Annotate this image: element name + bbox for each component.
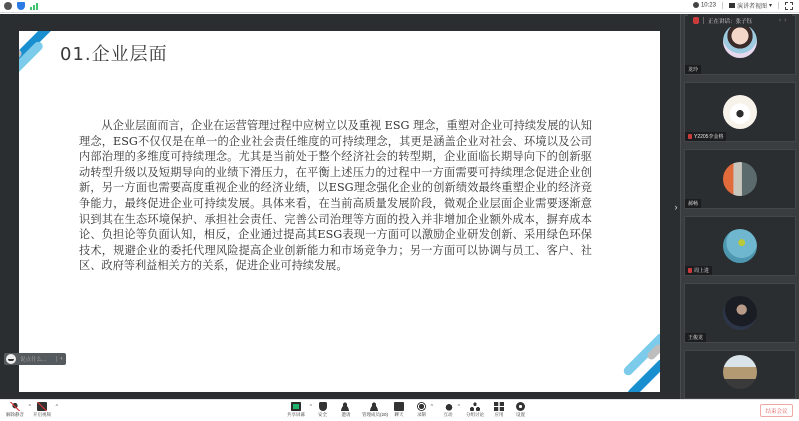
mic-muted-icon (693, 17, 699, 24)
view-mode-button[interactable]: 演讲者视图 ▾ (729, 1, 772, 10)
avatar (723, 229, 757, 263)
divider (703, 17, 704, 24)
presentation-slide: 01.企业层面 从企业层面而言，企业在运营管理过程中应树立以及重视 ESG 理念… (19, 31, 660, 392)
avatar (723, 296, 757, 330)
layout-icon (729, 3, 735, 8)
share-screen-button[interactable]: 共享屏幕 ^ (287, 402, 305, 418)
clock-icon (693, 2, 699, 8)
chevron-up-icon[interactable]: ^ (56, 404, 58, 410)
participant-name-tag: Y2205李金格 (685, 132, 726, 141)
reaction-button[interactable]: 互动 ^ (443, 402, 453, 418)
meeting-toolbar: 解除静音 ^ 开启视频 ^ 共享屏幕 ^ 安全 邀请 管理成员(20) 聊天 录… (0, 399, 799, 421)
meeting-timer: 10:23 (693, 2, 716, 9)
participant-tile[interactable]: 周上进 (684, 216, 796, 276)
apps-icon (494, 402, 504, 411)
participant-name-tag: 郝畅 (685, 199, 701, 208)
mic-muted-icon (688, 134, 692, 139)
avatar (723, 355, 757, 389)
divider (778, 2, 779, 9)
reaction-icon (443, 402, 453, 411)
security-icon (319, 402, 327, 411)
slide-title: 01.企业层面 (60, 40, 168, 66)
end-meeting-button[interactable]: 结束会议 (760, 404, 793, 417)
top-right-controls: 10:23 演讲者视图 ▾ (693, 1, 793, 10)
status-icons (4, 2, 39, 10)
chat-icon (394, 402, 404, 411)
chevron-up-icon[interactable]: ^ (431, 404, 433, 410)
emoji-icon[interactable] (6, 354, 16, 364)
participant-name-tag: 周上进 (685, 266, 712, 275)
record-button[interactable]: 录制 ^ (417, 402, 426, 418)
slide-body-text: 从企业层面而言，企业在运营管理过程中应树立以及重视 ESG 理念，重塑对企业可持… (79, 118, 592, 274)
shared-screen-stage: 01.企业层面 从企业层面而言，企业在运营管理过程中应树立以及重视 ESG 理念… (0, 14, 680, 399)
mic-muted-icon (688, 268, 692, 273)
participant-tile[interactable]: 王俊龙 (684, 283, 796, 343)
members-icon (370, 402, 380, 411)
divider (722, 2, 723, 9)
invite-button[interactable]: 邀请 (341, 402, 351, 418)
participant-name-tag: 龙玲 (685, 65, 701, 74)
record-icon (417, 402, 426, 411)
fullscreen-icon[interactable] (785, 2, 793, 10)
chat-button[interactable]: 聊天 (394, 402, 404, 418)
avatar (723, 24, 757, 58)
start-video-button[interactable]: 开启视频 ^ (33, 402, 51, 418)
avatar (723, 162, 757, 196)
share-screen-icon (291, 402, 301, 411)
chat-input-pill[interactable]: 说点什么... ‹ (4, 353, 66, 365)
breakout-rooms-button[interactable]: 分组讨论 (466, 402, 484, 418)
video-off-icon (37, 402, 47, 411)
participant-name-tag: 王俊龙 (685, 333, 706, 342)
participant-tile[interactable]: 郝畅 (684, 149, 796, 209)
chevron-up-icon[interactable]: ^ (310, 404, 312, 410)
participant-tile[interactable]: Y2205李金格 (684, 82, 796, 142)
manage-members-button[interactable]: 管理成员(20) (362, 402, 388, 418)
settings-button[interactable]: 设置 (516, 402, 525, 418)
collapse-chat-button[interactable]: ‹ (56, 356, 66, 362)
active-speaker-bar: 正在讲话：张子钰 ◐◑ (688, 14, 792, 27)
settings-icon (516, 402, 525, 411)
unmute-button[interactable]: 解除静音 ^ (6, 402, 24, 418)
top-status-bar: 10:23 演讲者视图 ▾ (0, 0, 799, 13)
apps-button[interactable]: 应用 (494, 402, 504, 418)
security-button[interactable]: 安全 (318, 402, 327, 418)
info-icon[interactable] (4, 2, 12, 10)
shield-icon[interactable] (17, 2, 25, 10)
chevron-down-icon: ▾ (769, 2, 772, 9)
breakout-icon (470, 402, 480, 411)
chat-input-placeholder[interactable]: 说点什么... (20, 355, 56, 363)
active-speaker-label: 正在讲话：张子钰 (708, 17, 752, 25)
panel-toggle-button[interactable]: › (672, 200, 680, 214)
hide-icon[interactable]: ◐◑ (779, 17, 787, 24)
chevron-up-icon[interactable]: ^ (458, 404, 460, 410)
participant-tile[interactable] (684, 350, 796, 399)
signal-icon[interactable] (30, 2, 39, 10)
avatar (723, 95, 757, 129)
mic-muted-icon (10, 402, 20, 411)
chevron-up-icon[interactable]: ^ (29, 404, 31, 410)
invite-icon (341, 402, 351, 411)
